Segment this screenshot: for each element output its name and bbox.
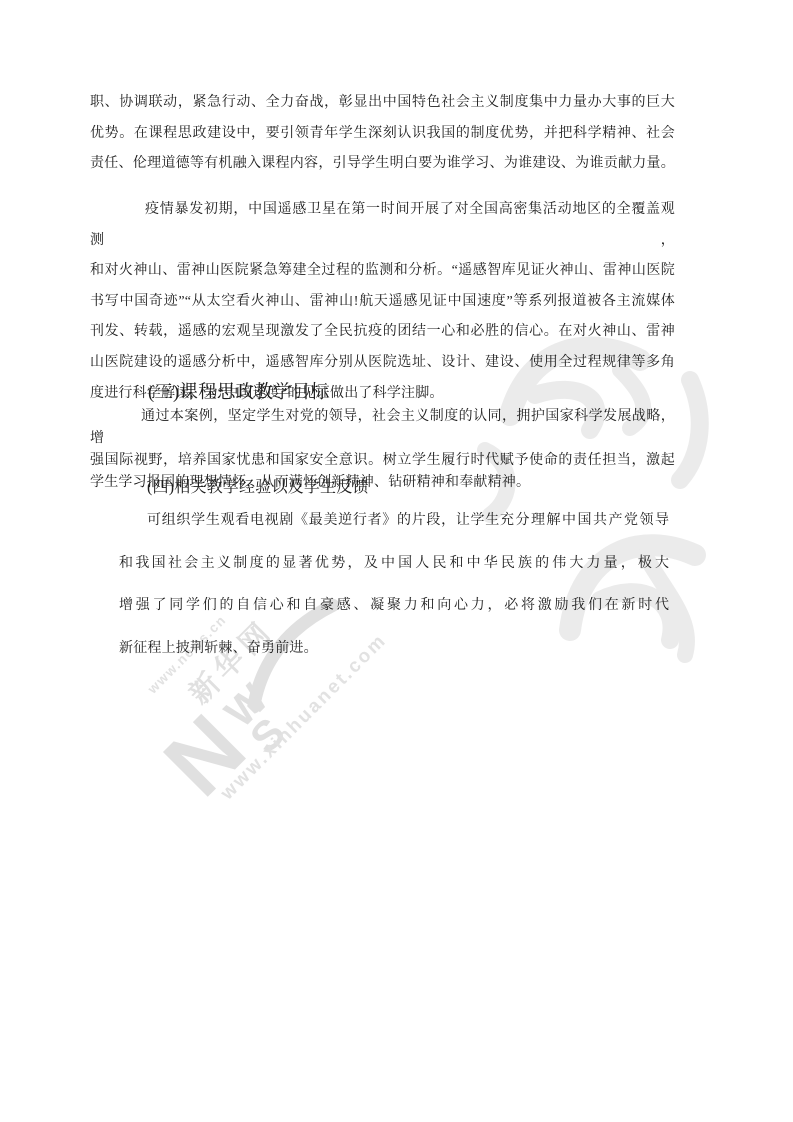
text-run: 和对火神山、雷神山医院紧急筹建全过程的监测和分析。“遥感智库见证火神山、雷神山医… [90, 263, 675, 278]
section-heading-4: (四)相关教学经验以及学生反馈 [147, 477, 369, 498]
text-run: 及中国人民和中华民族的伟大力量，极大 [364, 556, 670, 571]
text-run: 通过本案例，坚定学生对党的领导，社会主义制度的认同，拥护国家科学发展战略，增 [90, 409, 675, 446]
logo-letter-s: S [245, 705, 298, 758]
logo-letters-ws: W S [220, 679, 299, 758]
text-run: 和我国社会主义制度的显著优势， [119, 556, 364, 571]
text-line: 可组织学生观看电视剧《最美逆行者》的片段，让学生充分理解中国共产党领导 [119, 500, 670, 543]
text-line: 责任、伦理道德等有机融入课程内容，引导学生明白要为谁学习、为谁建设、为谁贡献力量… [90, 149, 675, 180]
body-paragraph-feedback: 可组织学生观看电视剧《最美逆行者》的片段，让学生充分理解中国共产党领导和我国社会… [119, 500, 670, 670]
text-line: 疫情暴发初期，中国遥感卫星在第一时间开展了对全国高密集活动地区的全覆盖观测， [90, 195, 675, 256]
text-run: 责任、伦理道德等有机融入课程内容，引导学生明白要为谁学习、为谁建设、为谁贡献力量… [90, 156, 675, 171]
body-paragraph-epidemic: 疫情暴发初期，中国遥感卫星在第一时间开展了对全国高密集活动地区的全覆盖观测，和对… [90, 195, 675, 409]
text-line: 书写中国奇迹”“从太空看火神山、雷神山!航天遥感见证中国速度”等系列报道被各主流… [90, 287, 675, 318]
text-line: 强国际视野，培养国家忧患和国家安全意识。树立学生履行时代赋予使命的责任担当，激起 [90, 450, 675, 472]
text-run: 强国际视野，培养国家忧患和国家安全意识。树立学生履行时代赋予使命的责任担当，激起 [90, 453, 675, 468]
text-line: (四)相关教学经验以及学生反馈 [147, 477, 369, 498]
text-line: 山医院建设的遥感分析中，遥感智库分别从医院选址、设计、建设、使用全过程规律等多角 [90, 348, 675, 379]
text-run: 优势。在课程思政建设中，要引领青年学生深刻认识我国的制度优势，并把科学精神、社会 [90, 126, 675, 141]
logo-letter-w: W [220, 679, 273, 732]
text-line: 刊发、转载，遥感的宏观呈现激发了全民抗疫的团结一心和必胜的信心。在对火神山、雷神 [90, 317, 675, 348]
text-run: 新征程上披荆斩棘、奋勇前进。 [119, 641, 318, 656]
text-run: 疫情暴发初期，中国遥感卫星在第一时间开展了对全国高密集活动地区的全覆盖观测， [90, 202, 675, 248]
text-run: 山医院建设的遥感分析中，遥感智库分别从医院选址、设计、建设、使用全过程规律等多角 [90, 355, 675, 370]
text-line: 通过本案例，坚定学生对党的领导，社会主义制度的认同，拥护国家科学发展战略，增 [90, 406, 675, 450]
body-paragraph-continued: 职、协调联动，紧急行动、全力奋战，彰显出中国特色社会主义制度集中力量办大事的巨大… [90, 88, 675, 180]
text-run: 充分理解中国共产党领导 [500, 513, 670, 528]
text-run: 刊发、转载，遥感的宏观呈现激发了全民抗疫的团结一心和必胜的信心。在对火神山、雷神 [90, 324, 675, 339]
text-line: 新征程上披荆斩棘、奋勇前进。 [119, 628, 670, 671]
text-line: 职、协调联动，紧急行动、全力奋战，彰显出中国特色社会主义制度集中力量办大事的巨大 [90, 88, 675, 119]
section-heading-3: (三)课程思政教学目标 [148, 381, 329, 405]
document-page: www.news.cn 新华网 N W S www.xinhuanet.com [0, 0, 793, 1122]
text-run: (四)相关教学经验以及学生反馈 [147, 479, 369, 496]
text-line: 和我国社会主义制度的显著优势，及中国人民和中华民族的伟大力量，极大 [119, 543, 670, 586]
text-run: 职、协调联动，紧急行动、全力奋战，彰显出中国特色社会主义制度集中力量办大事的巨大 [90, 95, 675, 110]
text-run: 增强了同学们的自信心和自豪感、凝聚力和向心力，必将激励我们在新时代 [119, 598, 670, 613]
text-run: 书写中国奇迹”“从太空看火神山、雷神山!航天遥感见证中国速度”等系列报道被各主流… [90, 294, 675, 309]
text-run: (三)课程思政教学目标 [148, 383, 329, 403]
text-line: (三)课程思政教学目标 [148, 381, 329, 405]
logo-letter-n: N [149, 700, 261, 812]
text-line: 增强了同学们的自信心和自豪感、凝聚力和向心力，必将激励我们在新时代 [119, 585, 670, 628]
text-run: 可组织学生观看电视剧《最美逆行者》的片段，让学生 [147, 513, 500, 528]
text-line: 优势。在课程思政建设中，要引领青年学生深刻认识我国的制度优势，并把科学精神、社会 [90, 119, 675, 150]
text-line: 和对火神山、雷神山医院紧急筹建全过程的监测和分析。“遥感智库见证火神山、雷神山医… [90, 256, 675, 287]
